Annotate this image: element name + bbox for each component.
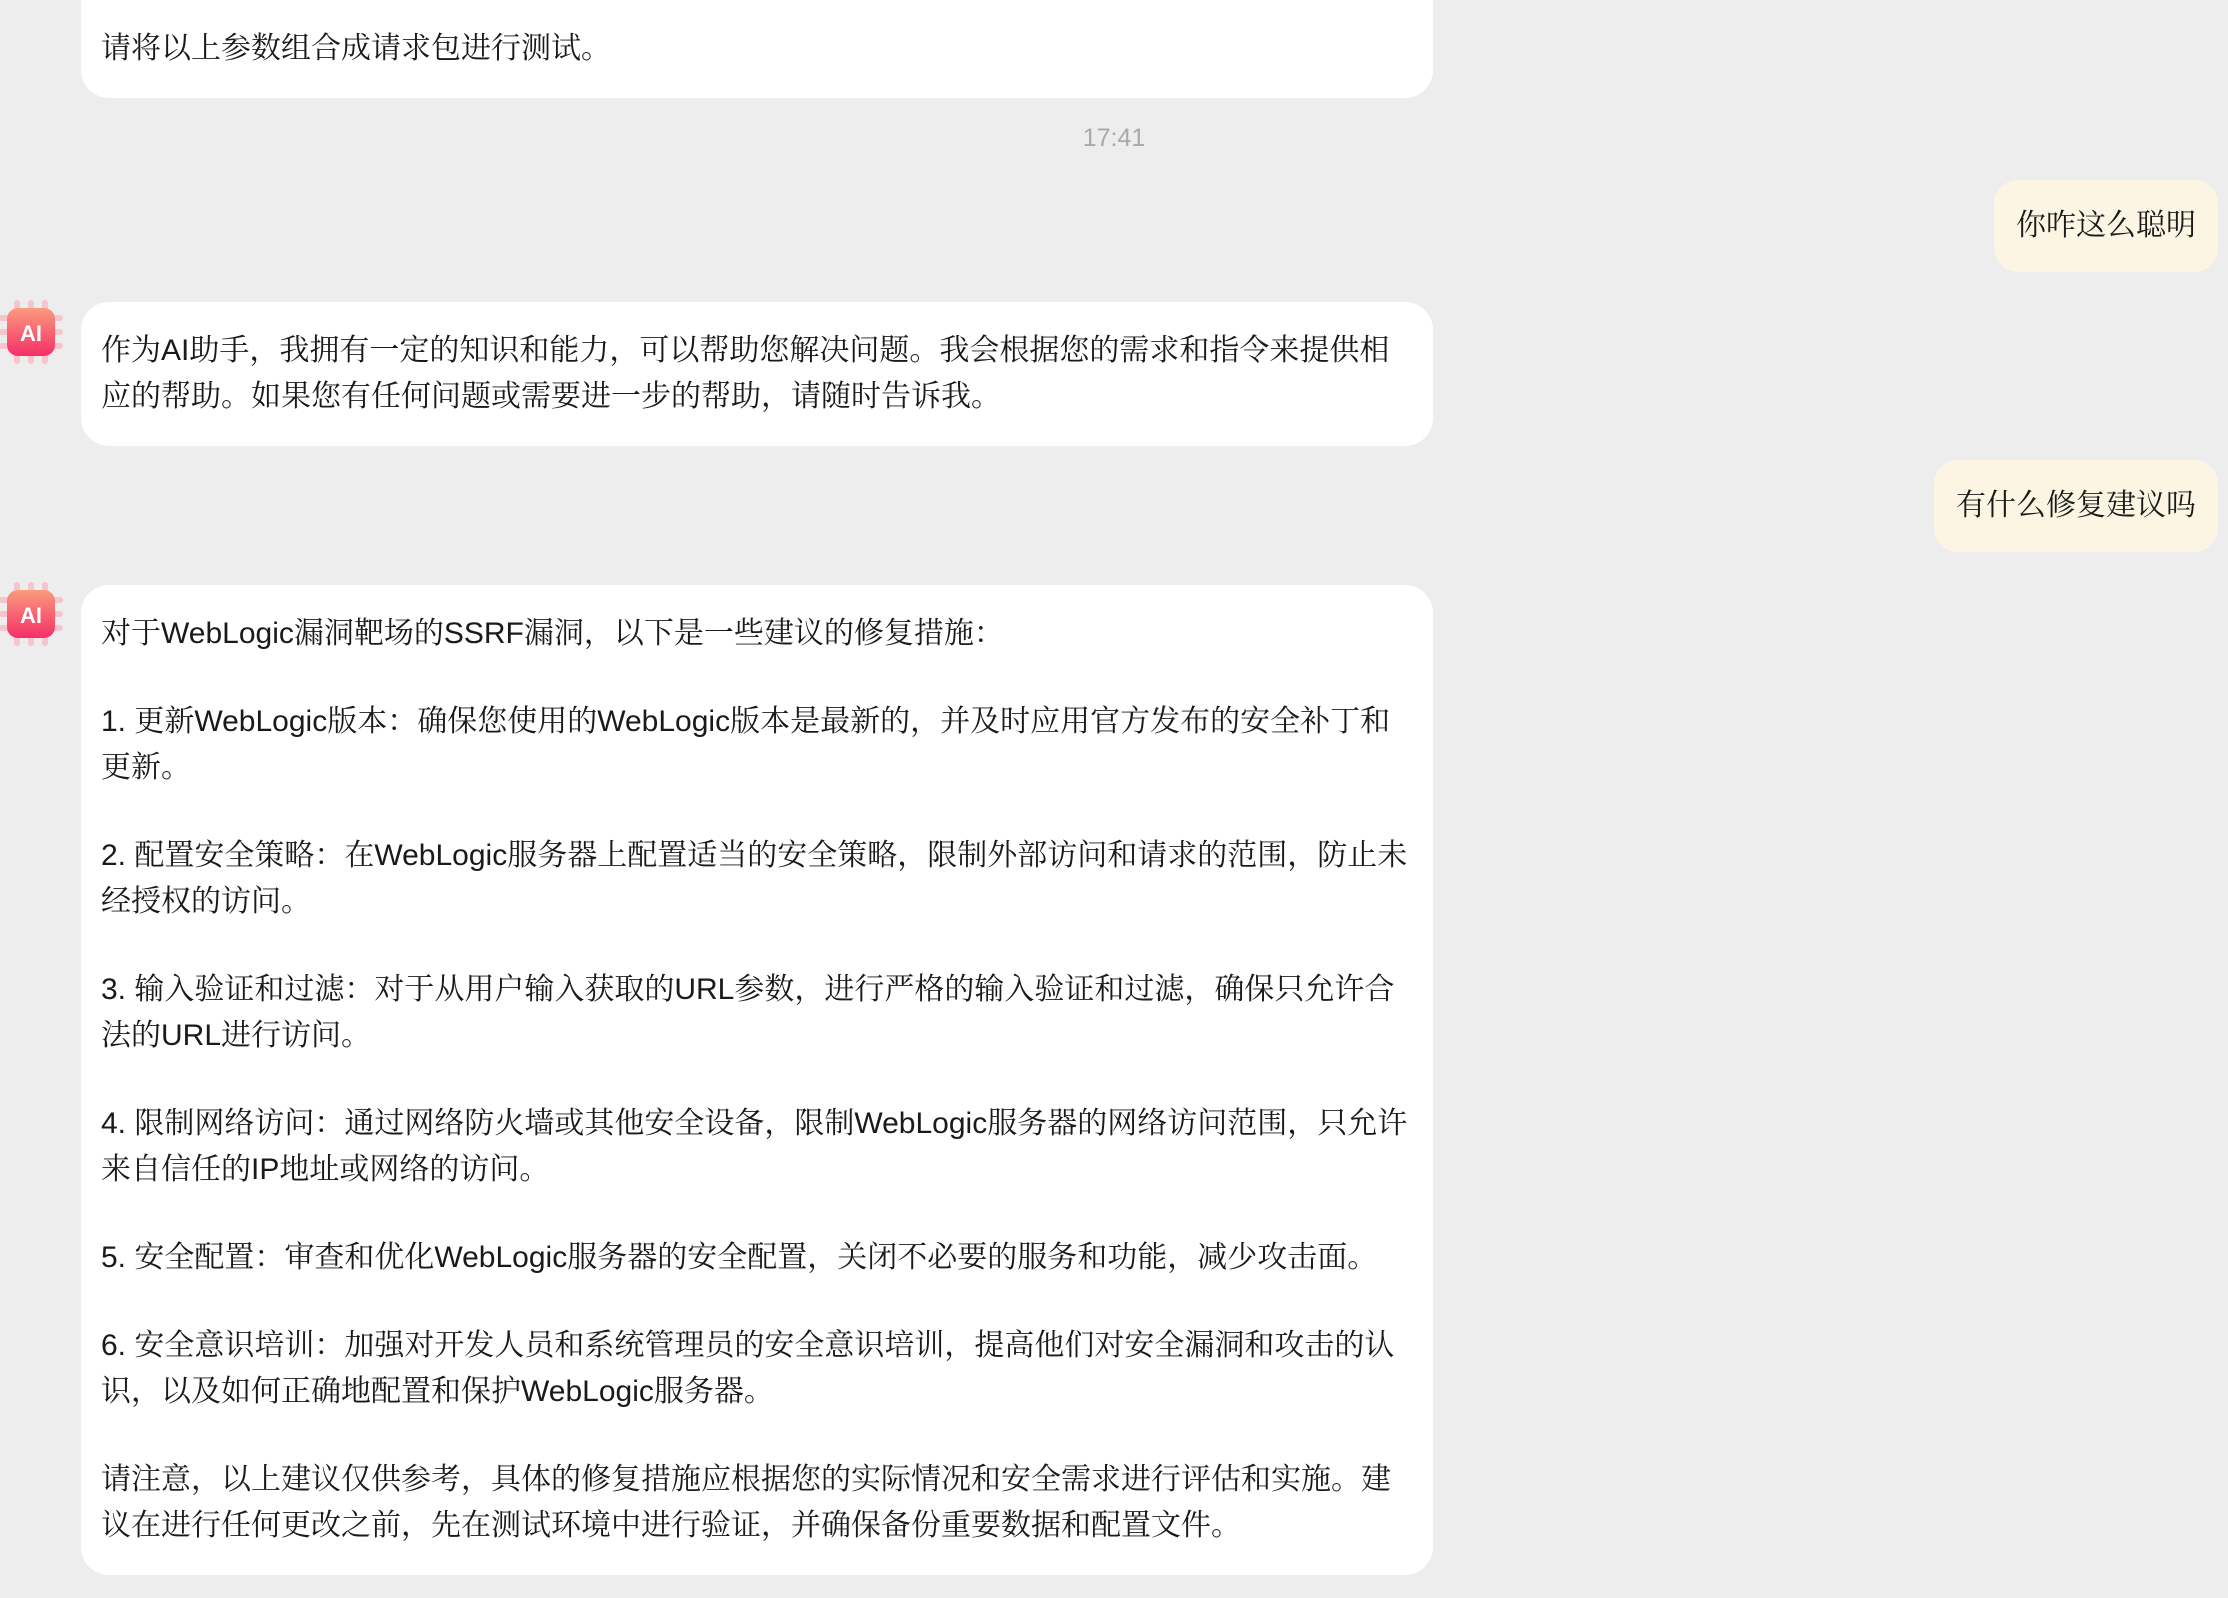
message-paragraph: 5. 安全配置：审查和优化WebLogic服务器的安全配置，关闭不必要的服务和功… — [101, 1235, 1413, 1281]
message-paragraph: 3. 输入验证和过滤：对于从用户输入获取的URL参数，进行严格的输入验证和过滤，… — [101, 967, 1413, 1059]
timestamp: 17:41 — [0, 124, 2228, 153]
message-bubble-assistant[interactable]: 请将以上参数组合成请求包进行测试。 — [81, 0, 1433, 98]
ai-avatar-icon[interactable]: AI — [0, 300, 63, 364]
chat-screen: 请将以上参数组合成请求包进行测试。 17:41 你咋这么聪明 AI 作为AI助手… — [0, 0, 2228, 1598]
message-text: 作为AI助手，我拥有一定的知识和能力，可以帮助您解决问题。我会根据您的需求和指令… — [101, 334, 1389, 413]
message-paragraph: 6. 安全意识培训：加强对开发人员和系统管理员的安全意识培训，提高他们对安全漏洞… — [101, 1323, 1413, 1415]
message-paragraph: 1. 更新WebLogic版本：确保您使用的WebLogic版本是最新的，并及时… — [101, 699, 1413, 791]
ai-avatar-icon[interactable]: AI — [0, 582, 63, 646]
message-text: 你咋这么聪明 — [2016, 209, 2196, 242]
message-bubble-user[interactable]: 你咋这么聪明 — [1994, 180, 2218, 272]
message-text: 有什么修复建议吗 — [1956, 489, 2196, 522]
message-paragraph: 对于WebLogic漏洞靶场的SSRF漏洞，以下是一些建议的修复措施： — [101, 611, 1413, 657]
message-bubble-assistant[interactable]: 对于WebLogic漏洞靶场的SSRF漏洞，以下是一些建议的修复措施： 1. 更… — [81, 585, 1433, 1575]
message-paragraph: 2. 配置安全策略：在WebLogic服务器上配置适当的安全策略，限制外部访问和… — [101, 833, 1413, 925]
message-paragraph: 请注意，以上建议仅供参考，具体的修复措施应根据您的实际情况和安全需求进行评估和实… — [101, 1457, 1413, 1549]
message-bubble-assistant[interactable]: 作为AI助手，我拥有一定的知识和能力，可以帮助您解决问题。我会根据您的需求和指令… — [81, 302, 1433, 446]
message-text: 请将以上参数组合成请求包进行测试。 — [101, 32, 611, 65]
avatar-label: AI — [20, 603, 42, 628]
message-paragraph: 4. 限制网络访问：通过网络防火墙或其他安全设备，限制WebLogic服务器的网… — [101, 1101, 1413, 1193]
avatar-label: AI — [20, 321, 42, 346]
message-bubble-user[interactable]: 有什么修复建议吗 — [1934, 460, 2218, 552]
